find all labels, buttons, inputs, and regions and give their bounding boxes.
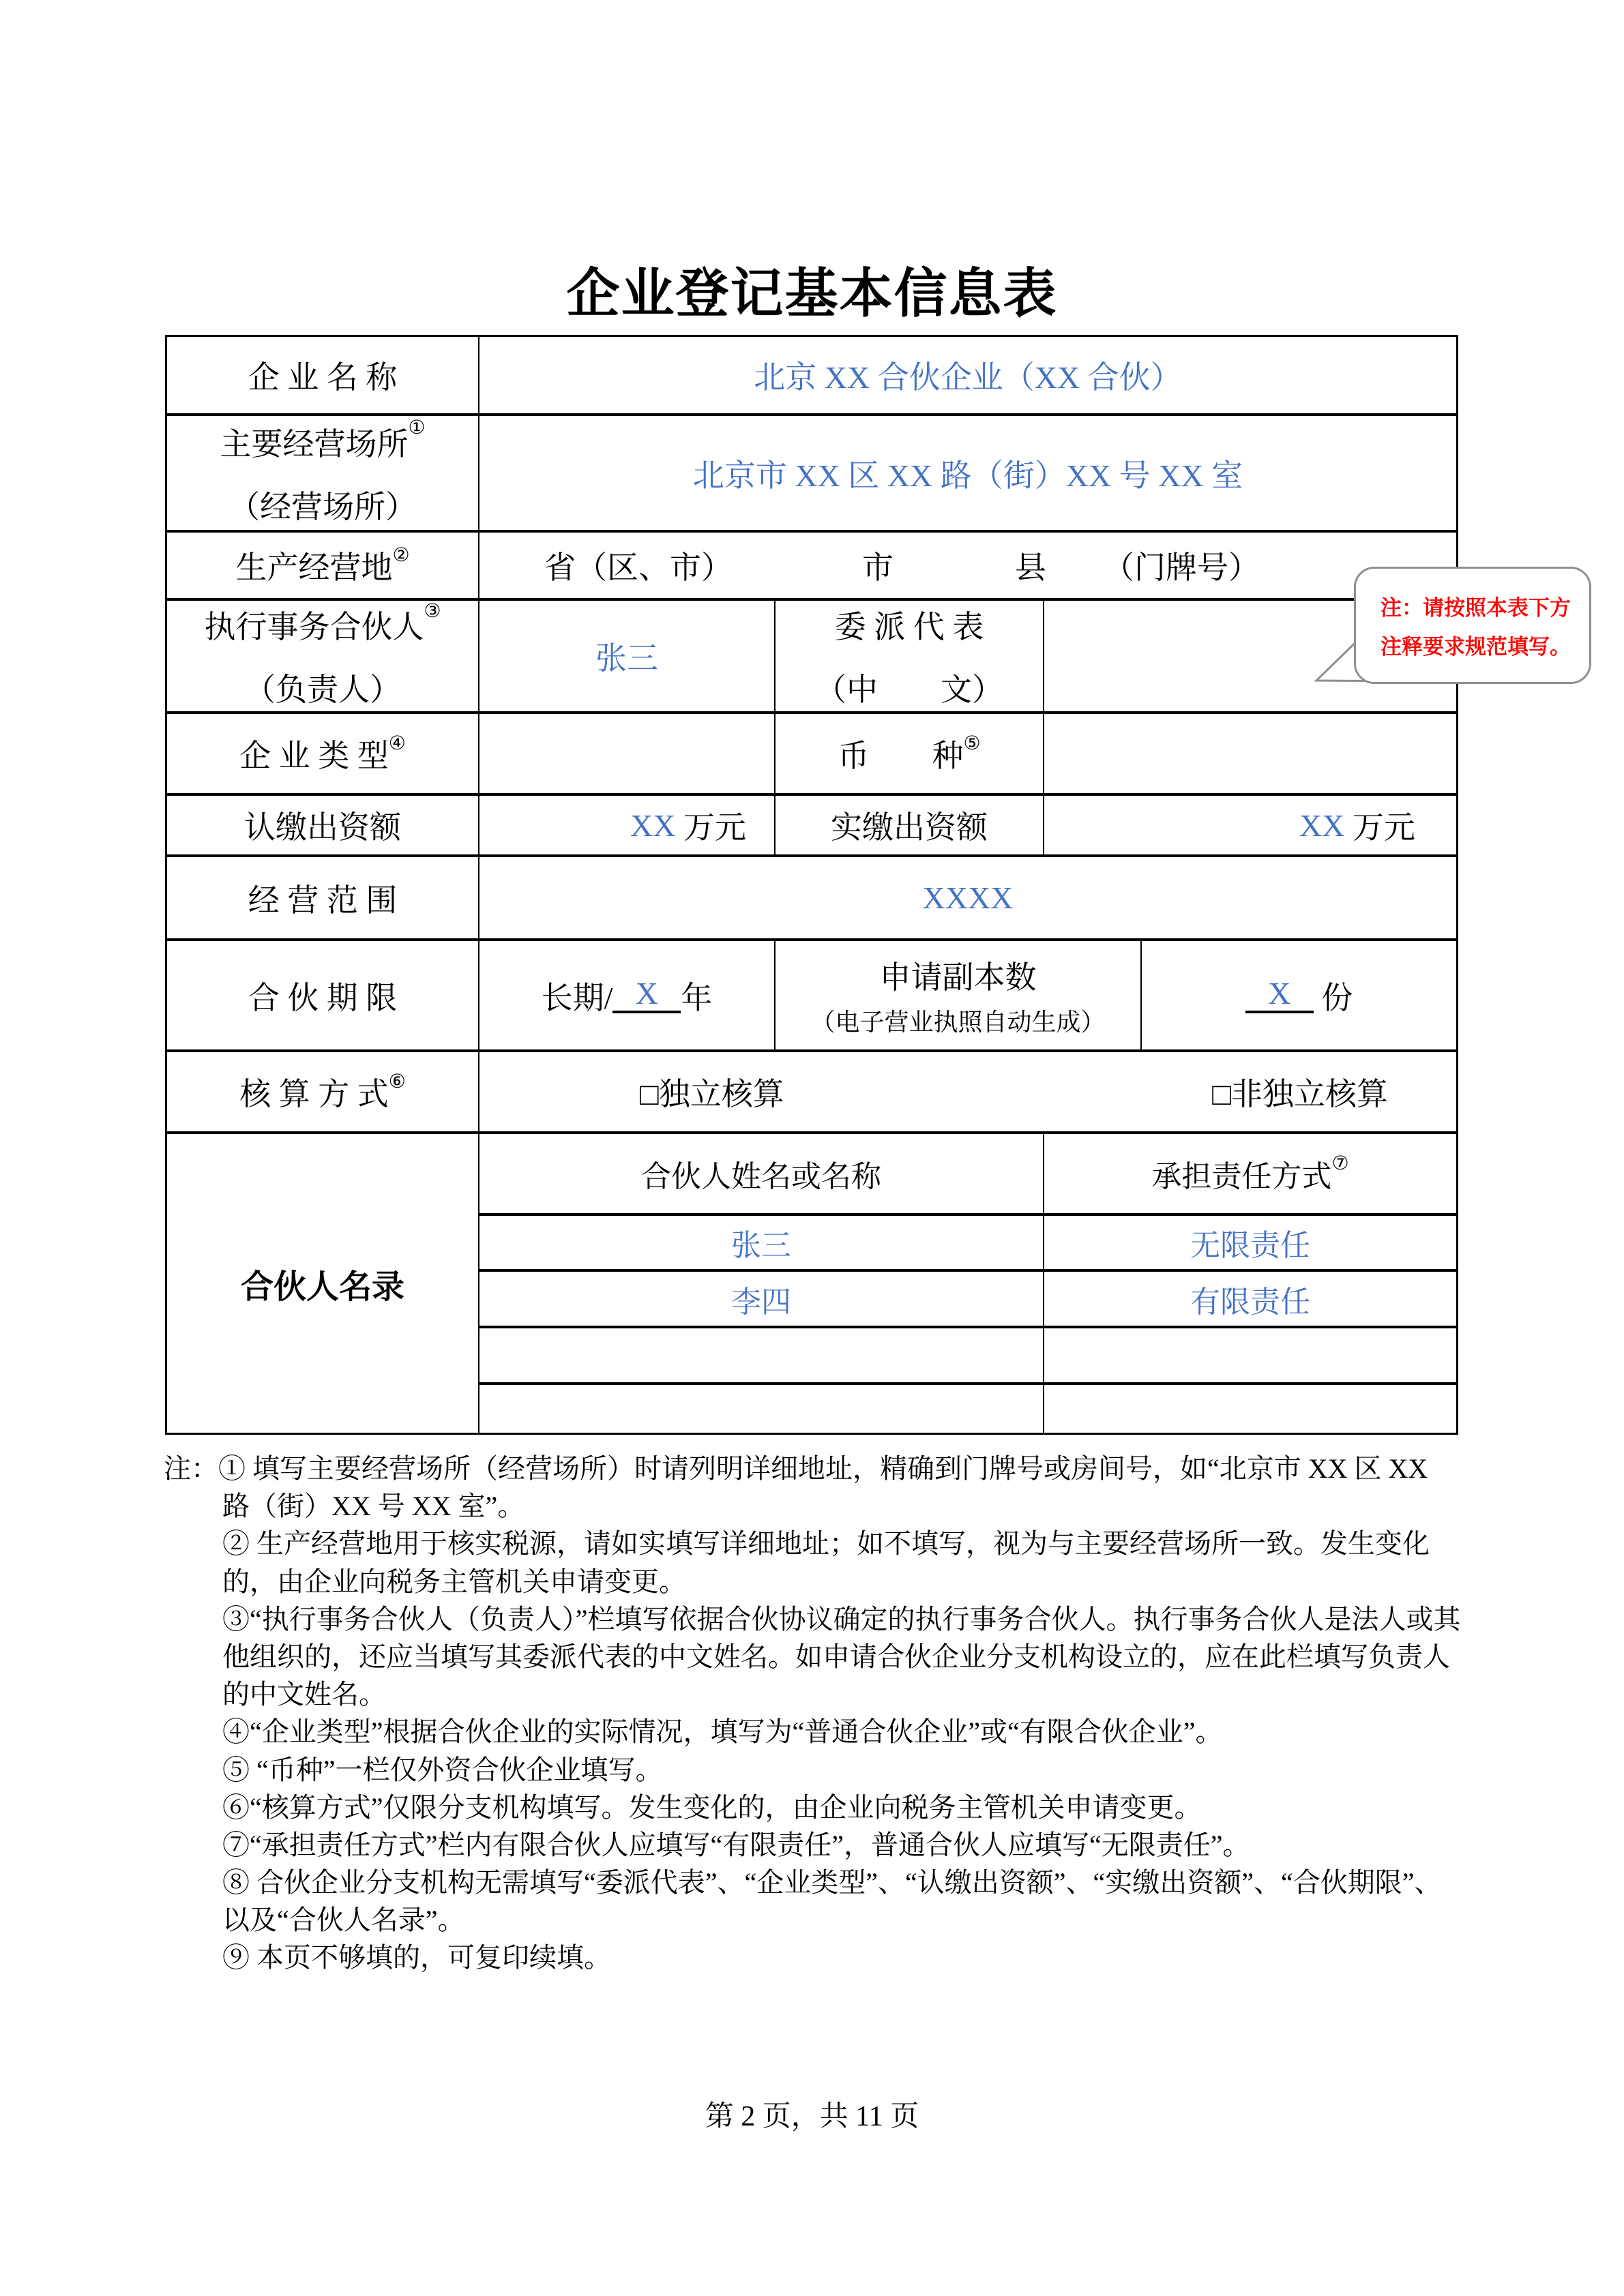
- row-enterprise-type: 企 业 类 型④ 币 种⑤: [167, 714, 1456, 796]
- checkbox-icon: □: [1212, 1077, 1231, 1112]
- row-main-premises: 主要经营场所① （经营场所） 北京市 XX 区 XX 路（街）XX 号 XX 室: [167, 416, 1456, 533]
- row-business-scope: 经 营 范 围 XXXX: [167, 857, 1456, 941]
- copies-fill: X: [1268, 976, 1290, 1011]
- document-page: 企业登记基本信息表 企 业 名 称 北京 XX 合伙企业（XX 合伙） 主要经营…: [0, 0, 1624, 2296]
- enterprise-type-label: 企 业 类 型④: [167, 714, 479, 793]
- managing-partner-value: 张三: [479, 601, 776, 711]
- term-fill: X: [636, 976, 658, 1011]
- copies-label: 申请副本数: [880, 953, 1037, 998]
- row-partner-directory: 合伙人名录 合伙人姓名或名称 承担责任方式⑦ 张三 无限责任 李四 有限责任: [167, 1134, 1456, 1433]
- row-managing-partner: 执行事务合伙人③ （负责人） 张三 委 派 代 表 （中 文）: [167, 601, 1456, 714]
- note-item: 注：① 填写主要经营场所（经营场所）时请列明详细地址，精确到门牌号或房间号，如“…: [164, 1450, 1461, 1525]
- footnote-mark-3: ③: [424, 601, 441, 622]
- subscribed-amount: XX: [630, 807, 675, 844]
- callout-line2: 注释要求规范填写。: [1381, 629, 1589, 660]
- callout-line1: 注：请按照本表下方: [1381, 591, 1589, 621]
- note-item: ④“企业类型”根据合伙企业的实际情况，填写为“普通合伙企业”或“有限合伙企业”。: [164, 1713, 1461, 1750]
- copies-label-cell: 申请副本数 （电子营业执照自动生成）: [776, 941, 1142, 1049]
- partner-row: [479, 1328, 1456, 1385]
- partner-row: 张三 无限责任: [479, 1216, 1456, 1272]
- business-scope-label: 经 营 范 围: [167, 857, 479, 938]
- partner-name: 张三: [479, 1216, 1044, 1269]
- partner-liability: 无限责任: [1044, 1216, 1456, 1269]
- copies-unit: 份: [1321, 973, 1353, 1018]
- paid-capital-label: 实缴出资额: [776, 796, 1044, 854]
- copies-value-cell: X 份: [1142, 941, 1456, 1049]
- currency-value-cell: [1044, 714, 1456, 793]
- row-partnership-term: 合 伙 期 限 长期/X年 申请副本数 （电子营业执照自动生成） X 份: [167, 941, 1456, 1052]
- note-item: ② 生产经营地用于核实税源，请如实填写详细地址；如不填写，视为与主要经营场所一致…: [164, 1525, 1461, 1600]
- term-blank: X: [612, 977, 681, 1013]
- accounting-options-cell: □独立核算 □非独立核算: [479, 1052, 1456, 1131]
- footnotes: 注：① 填写主要经营场所（经营场所）时请列明详细地址，精确到门牌号或房间号，如“…: [164, 1450, 1461, 1977]
- subscribed-unit: 万元: [683, 803, 746, 848]
- subscribed-capital-value: XX 万元: [479, 796, 776, 854]
- note-item: ⑤ “币种”一栏仅外资合伙企业填写。: [164, 1751, 1461, 1789]
- row-capital: 认缴出资额 XX 万元 实缴出资额 XX 万元: [167, 796, 1456, 857]
- partner-name: [479, 1385, 1044, 1433]
- partner-directory-header: 合伙人姓名或名称 承担责任方式⑦: [479, 1134, 1456, 1216]
- partnership-term-label: 合 伙 期 限: [167, 941, 479, 1049]
- note-item: ⑨ 本页不够填的，可复印续填。: [164, 1939, 1461, 1976]
- managing-partner-label: 执行事务合伙人③ （负责人）: [167, 601, 479, 711]
- partner-liability: [1044, 1385, 1456, 1433]
- non-independent-accounting-option: □非独立核算: [1212, 1069, 1388, 1114]
- main-premises-value: 北京市 XX 区 XX 路（街）XX 号 XX 室: [479, 416, 1456, 530]
- delegate-label-line2: （中 文）: [815, 665, 1003, 710]
- paid-unit: 万元: [1353, 803, 1415, 848]
- managing-partner-label-line2: （负责人）: [244, 665, 401, 710]
- main-premises-label: 主要经营场所① （经营场所）: [167, 416, 479, 530]
- note-item: ⑥“核算方式”仅限分支机构填写。发生变化的，由企业向税务主管机关申请变更。: [164, 1789, 1461, 1826]
- note-item: ③“执行事务合伙人（负责人）”栏填写依据合伙协议确定的执行事务合伙人。执行事务合…: [164, 1600, 1461, 1714]
- currency-label: 币 种⑤: [776, 714, 1044, 793]
- row-production-site: 生产经营地② 省（区、市） 市 县 （门牌号）: [167, 533, 1456, 601]
- partner-liability: [1044, 1328, 1456, 1382]
- footnote-mark-1: ①: [408, 417, 425, 438]
- company-name-label: 企 业 名 称: [167, 337, 479, 413]
- partner-name-header: 合伙人姓名或名称: [479, 1134, 1044, 1213]
- partner-row: 李四 有限责任: [479, 1272, 1456, 1328]
- note-item: ⑦“承担责任方式”栏内有限合伙人应填写“有限责任”，普通合伙人应填写“无限责任”…: [164, 1826, 1461, 1864]
- delegate-label: 委 派 代 表 （中 文）: [776, 601, 1044, 711]
- copies-blank: X: [1245, 977, 1314, 1013]
- main-premises-label-line2: （经营场所）: [228, 482, 417, 527]
- partner-liability: 有限责任: [1044, 1272, 1456, 1326]
- row-company-name: 企 业 名 称 北京 XX 合伙企业（XX 合伙）: [167, 337, 1456, 416]
- site-number-segment: （门牌号）: [1103, 543, 1260, 588]
- paid-amount: XX: [1299, 807, 1344, 844]
- paid-capital-value: XX 万元: [1044, 796, 1456, 854]
- copies-note: （电子营业执照自动生成）: [810, 1003, 1105, 1038]
- subscribed-capital-label: 认缴出资额: [167, 796, 479, 854]
- accounting-method-label: 核 算 方 式⑥: [167, 1052, 479, 1131]
- note-item: ⑧ 合伙企业分支机构无需填写“委派代表”、“企业类型”、“认缴出资额”、“实缴出…: [164, 1864, 1461, 1939]
- main-premises-label-line1: 主要经营场所①: [220, 419, 425, 464]
- liability-header: 承担责任方式⑦: [1044, 1134, 1456, 1213]
- partner-directory-subtable: 合伙人姓名或名称 承担责任方式⑦ 张三 无限责任 李四 有限责任: [479, 1134, 1456, 1433]
- form-title: 企业登记基本信息表: [0, 251, 1624, 327]
- page-number: 第 2 页，共 11 页: [0, 2093, 1624, 2134]
- row-accounting-method: 核 算 方 式⑥ □独立核算 □非独立核算: [167, 1052, 1456, 1134]
- partner-row: [479, 1385, 1456, 1433]
- production-site-label: 生产经营地②: [167, 533, 479, 598]
- business-scope-value: XXXX: [479, 857, 1456, 938]
- delegate-label-line1: 委 派 代 表: [835, 602, 984, 647]
- annotation-callout: 注：请按照本表下方 注释要求规范填写。: [1354, 567, 1591, 684]
- partner-name: 李四: [479, 1272, 1044, 1326]
- term-suffix: 年: [681, 973, 712, 1018]
- partner-directory-label: 合伙人名录: [167, 1134, 479, 1433]
- enterprise-type-value-cell: [479, 714, 776, 793]
- partner-name: [479, 1328, 1044, 1382]
- term-prefix: 长期/: [542, 973, 613, 1018]
- managing-partner-label-line1: 执行事务合伙人③: [204, 602, 441, 647]
- registration-table: 企 业 名 称 北京 XX 合伙企业（XX 合伙） 主要经营场所① （经营场所）…: [165, 335, 1458, 1435]
- notes-prefix: 注：: [164, 1453, 218, 1484]
- site-city-segment: 市: [862, 543, 894, 588]
- independent-accounting-option: □独立核算: [640, 1069, 784, 1114]
- site-county-segment: 县: [1015, 543, 1046, 588]
- checkbox-icon: □: [640, 1077, 659, 1112]
- partnership-term-value: 长期/X年: [479, 941, 776, 1049]
- site-province-segment: 省（区、市）: [544, 543, 733, 588]
- company-name-value: 北京 XX 合伙企业（XX 合伙）: [479, 337, 1456, 413]
